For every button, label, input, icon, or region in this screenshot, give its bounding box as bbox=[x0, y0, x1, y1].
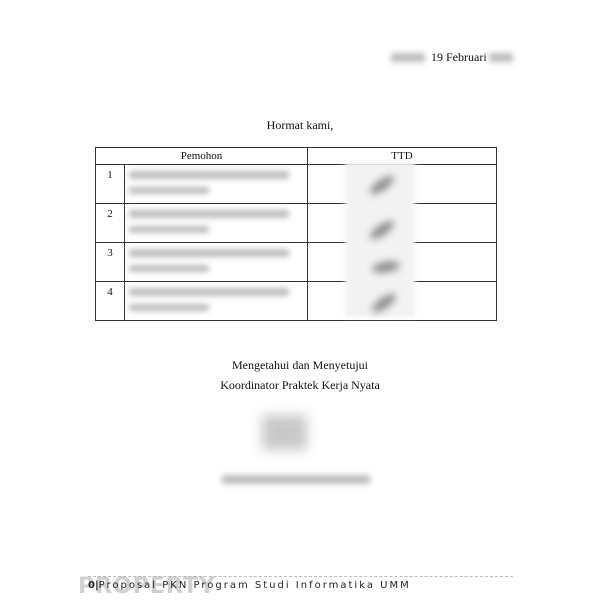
row-number: 2 bbox=[96, 204, 125, 243]
signature-table: Pemohon TTD 1 2 3 4 bbox=[95, 147, 497, 321]
redacted-coordinator-signature bbox=[262, 415, 307, 450]
column-pemohon: Pemohon bbox=[96, 148, 308, 165]
page-number: 0 bbox=[88, 580, 95, 591]
approval-block: Mengetahui dan Menyetujui Koordinator Pr… bbox=[0, 355, 600, 395]
footer-text: Proposal PKN Program Studi Informatika U… bbox=[99, 580, 411, 591]
date-line: 19 Februari bbox=[0, 50, 600, 66]
table-header: Pemohon TTD bbox=[96, 148, 497, 165]
row-number: 3 bbox=[96, 243, 125, 282]
row-number: 1 bbox=[96, 165, 125, 204]
page-footer: 0|Proposal PKN Program Studi Informatika… bbox=[88, 580, 411, 591]
approval-line-1: Mengetahui dan Menyetujui bbox=[0, 355, 600, 375]
table-row: 4 bbox=[96, 282, 497, 321]
table-row: 2 bbox=[96, 204, 497, 243]
redacted-name bbox=[125, 243, 308, 282]
redacted-name bbox=[125, 282, 308, 321]
redacted-city bbox=[391, 53, 425, 62]
redacted-coordinator-name bbox=[222, 475, 370, 484]
date-text: 19 Februari bbox=[431, 50, 487, 65]
greeting: Hormat kami, bbox=[0, 118, 600, 133]
approval-line-2: Koordinator Praktek Kerja Nyata bbox=[0, 375, 600, 395]
redacted-name bbox=[125, 165, 308, 204]
row-number: 4 bbox=[96, 282, 125, 321]
table-row: 3 bbox=[96, 243, 497, 282]
table-row: 1 bbox=[96, 165, 497, 204]
redacted-name bbox=[125, 204, 308, 243]
redacted-year bbox=[489, 53, 513, 62]
